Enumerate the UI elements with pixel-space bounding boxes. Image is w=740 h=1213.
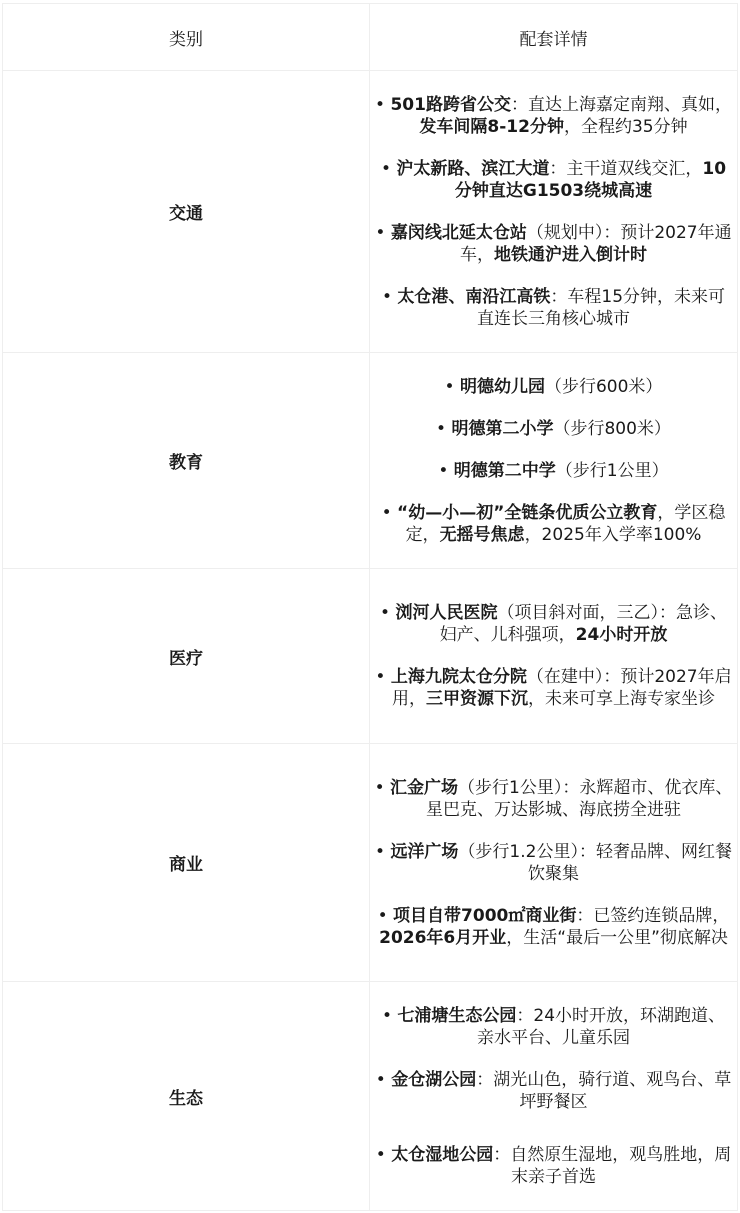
bullet-icon: •	[375, 842, 390, 862]
detail-highlight: 沪太新路、滨江大道	[396, 159, 549, 179]
detail-highlight: 汇金广场	[390, 778, 458, 798]
bullet-icon: •	[375, 778, 390, 798]
details-cell: • 明德幼儿园（步行600米）• 明德第二小学（步行800米）• 明德第二中学（…	[370, 353, 738, 569]
detail-highlight: “幼—小—初”全链条优质公立教育	[397, 503, 657, 523]
bullet-icon: •	[436, 419, 451, 439]
detail-highlight: 太仓港、南沿江高铁	[397, 287, 550, 307]
details-cell: • 汇金广场（步行1公里）：永辉超市、优衣库、星巴克、万达影城、海底捞全进驻• …	[370, 744, 738, 982]
detail-text: （步行1公里）	[556, 461, 669, 481]
detail-highlight: 远洋广场	[390, 842, 458, 862]
detail-item: • 嘉闵线北延太仓站（规划中）：预计2027年通车，地铁通沪进入倒计时	[374, 222, 733, 266]
category-cell: 交通	[3, 71, 370, 353]
detail-highlight: 浏河人民医院	[395, 603, 497, 623]
detail-highlight: 金仓湖公园	[391, 1070, 476, 1090]
bullet-icon: •	[382, 503, 397, 523]
table-row-medical: 医疗 • 浏河人民医院（项目斜对面，三乙）：急诊、妇产、儿科强项，24小时开放•…	[3, 569, 738, 744]
details-cell: • 七浦塘生态公园：24小时开放，环湖跑道、亲水平台、儿童乐园• 金仓湖公园：湖…	[370, 982, 738, 1211]
detail-item: • 太仓湿地公园：自然原生湿地，观鸟胜地，周末亲子首选	[374, 1144, 733, 1188]
table-row-commerce: 商业 • 汇金广场（步行1公里）：永辉超市、优衣库、星巴克、万达影城、海底捞全进…	[3, 744, 738, 982]
category-cell: 教育	[3, 353, 370, 569]
detail-highlight: 三甲资源下沉	[426, 689, 528, 709]
detail-text: ，2025年入学率100%	[525, 525, 702, 545]
bullet-icon: •	[382, 287, 397, 307]
detail-item: • 远洋广场（步行1.2公里）：轻奢品牌、网红餐饮聚集	[374, 841, 733, 885]
detail-highlight: 地铁通沪进入倒计时	[494, 245, 647, 265]
category-cell: 商业	[3, 744, 370, 982]
table-row-education: 教育 • 明德幼儿园（步行600米）• 明德第二小学（步行800米）• 明德第二…	[3, 353, 738, 569]
detail-text: （步行1.2公里）：轻奢品牌、网红餐饮聚集	[458, 842, 732, 884]
bullet-icon: •	[378, 906, 393, 926]
detail-item: • 金仓湖公园：湖光山色，骑行道、观鸟台、草坪野餐区	[374, 1069, 733, 1113]
detail-item: • 明德幼儿园（步行600米）	[374, 376, 733, 398]
bullet-icon: •	[375, 95, 390, 115]
detail-item: • 501路跨省公交：直达上海嘉定南翔、真如，发车间隔8-12分钟，全程约35分…	[374, 94, 733, 138]
detail-text: ：直达上海嘉定南翔、真如，	[511, 95, 732, 115]
detail-item: • 沪太新路、滨江大道：主干道双线交汇，10分钟直达G1503绕城高速	[374, 158, 733, 202]
amenities-table: 类别 配套详情 交通 • 501路跨省公交：直达上海嘉定南翔、真如，发车间隔8-…	[2, 3, 738, 1211]
table-row-ecology: 生态 • 七浦塘生态公园：24小时开放，环湖跑道、亲水平台、儿童乐园• 金仓湖公…	[3, 982, 738, 1211]
header-category: 类别	[3, 4, 370, 71]
detail-item: • 七浦塘生态公园：24小时开放，环湖跑道、亲水平台、儿童乐园	[374, 1005, 733, 1049]
detail-item: • 汇金广场（步行1公里）：永辉超市、优衣库、星巴克、万达影城、海底捞全进驻	[374, 777, 733, 821]
detail-highlight: 项目自带7000㎡商业街	[393, 906, 576, 926]
detail-highlight: 501路跨省公交	[390, 95, 511, 115]
category-cell: 医疗	[3, 569, 370, 744]
bullet-icon: •	[375, 223, 390, 243]
detail-item: • 太仓港、南沿江高铁：车程15分钟，未来可直连长三角核心城市	[374, 286, 733, 330]
table-row-traffic: 交通 • 501路跨省公交：直达上海嘉定南翔、真如，发车间隔8-12分钟，全程约…	[3, 71, 738, 353]
detail-highlight: 发车间隔8-12分钟	[419, 117, 564, 137]
detail-text: ：湖光山色，骑行道、观鸟台、草坪野餐区	[476, 1070, 731, 1112]
detail-text: （步行600米）	[545, 377, 662, 397]
bullet-icon: •	[380, 603, 395, 623]
bullet-icon: •	[438, 461, 453, 481]
detail-text: ，生活“最后一公里”彻底解决	[506, 928, 728, 948]
detail-highlight: 明德第二小学	[451, 419, 553, 439]
detail-item: • 浏河人民医院（项目斜对面，三乙）：急诊、妇产、儿科强项，24小时开放	[374, 602, 733, 646]
detail-text: （步行800米）	[553, 419, 670, 439]
bullet-icon: •	[376, 1145, 391, 1165]
details-cell: • 浏河人民医院（项目斜对面，三乙）：急诊、妇产、儿科强项，24小时开放• 上海…	[370, 569, 738, 744]
bullet-icon: •	[445, 377, 460, 397]
details-cell: • 501路跨省公交：直达上海嘉定南翔、真如，发车间隔8-12分钟，全程约35分…	[370, 71, 738, 353]
detail-item: • “幼—小—初”全链条优质公立教育，学区稳定，无摇号焦虑，2025年入学率10…	[374, 502, 733, 546]
header-details: 配套详情	[370, 4, 738, 71]
detail-item: • 项目自带7000㎡商业街：已签约连锁品牌，2026年6月开业，生活“最后一公…	[374, 905, 733, 949]
detail-highlight: 嘉闵线北延太仓站	[391, 223, 527, 243]
category-cell: 生态	[3, 982, 370, 1211]
detail-highlight: 七浦塘生态公园	[397, 1006, 516, 1026]
detail-item: • 明德第二中学（步行1公里）	[374, 460, 733, 482]
detail-highlight: 明德幼儿园	[460, 377, 545, 397]
detail-highlight: 24小时开放	[576, 625, 668, 645]
detail-text: ：主干道双线交汇，	[549, 159, 702, 179]
detail-text: ：自然原生湿地，观鸟胜地，周末亲子首选	[493, 1145, 731, 1187]
detail-item: • 明德第二小学（步行800米）	[374, 418, 733, 440]
detail-highlight: 无摇号焦虑	[440, 525, 525, 545]
detail-text: （步行1公里）：永辉超市、优衣库、星巴克、万达影城、海底捞全进驻	[426, 778, 732, 820]
table-header-row: 类别 配套详情	[3, 4, 738, 71]
detail-highlight: 上海九院太仓分院	[391, 667, 527, 687]
detail-text: ，全程约35分钟	[564, 117, 688, 137]
bullet-icon: •	[381, 159, 396, 179]
detail-item: • 上海九院太仓分院（在建中）：预计2027年启用，三甲资源下沉，未来可享上海专…	[374, 666, 733, 710]
detail-text: ：已签约连锁品牌，	[576, 906, 729, 926]
bullet-icon: •	[376, 1070, 391, 1090]
detail-text: ，未来可享上海专家坐诊	[528, 689, 715, 709]
detail-highlight: 明德第二中学	[454, 461, 556, 481]
bullet-icon: •	[382, 1006, 397, 1026]
detail-highlight: 太仓湿地公园	[391, 1145, 493, 1165]
bullet-icon: •	[375, 667, 390, 687]
detail-highlight: 2026年6月开业	[379, 928, 506, 948]
